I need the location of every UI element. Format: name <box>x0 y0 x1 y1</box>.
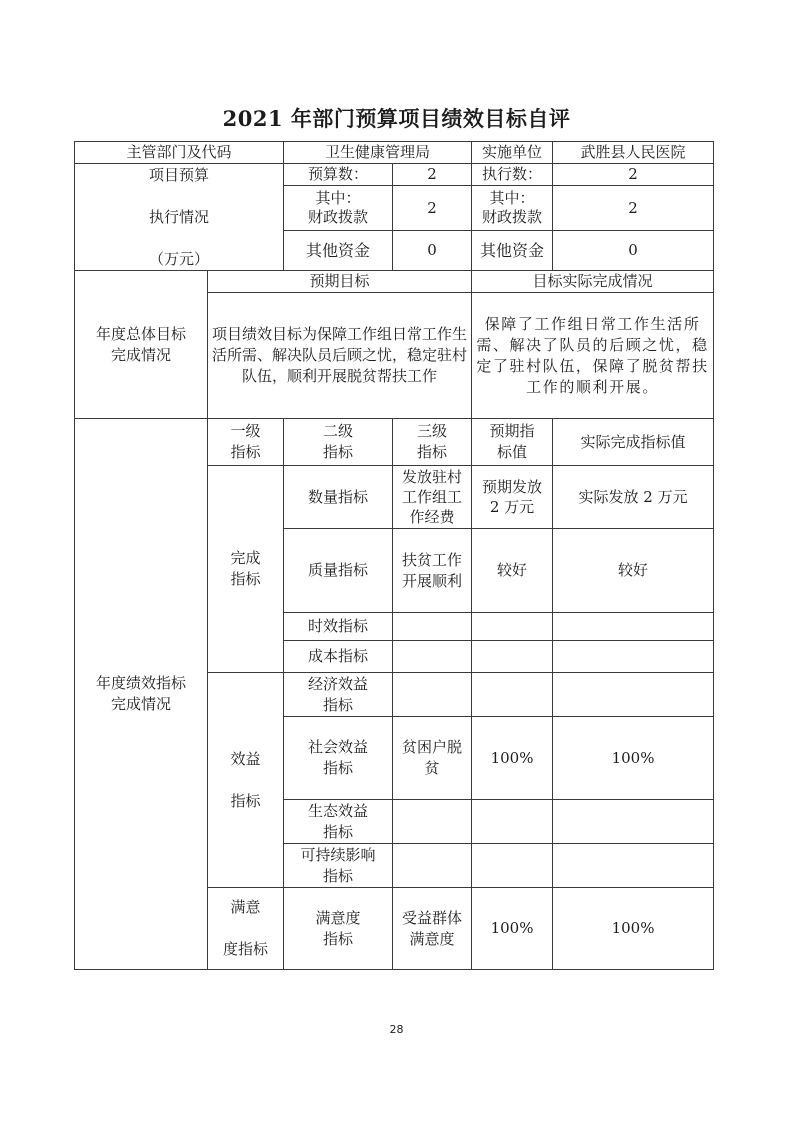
level2-cell: 满意度 指标 <box>284 888 393 970</box>
budget-plan-label: 预算数： <box>284 164 393 186</box>
actual-value-cell <box>553 800 714 844</box>
level2-cell: 经济效益 指标 <box>284 673 393 717</box>
actual-value-cell <box>553 613 714 641</box>
overall-goal-section-label: 年度总体目标 完成情况 <box>75 271 208 419</box>
actual-value-cell: 100% <box>553 717 714 800</box>
budget-actual-label: 执行数： <box>472 164 553 186</box>
other-plan-label: 其他资金 <box>284 231 393 271</box>
expected-value-cell <box>472 844 553 888</box>
expected-value-cell: 较好 <box>472 529 553 613</box>
level3-cell: 扶贫工作 开展顺利 <box>393 529 472 613</box>
expected-value-cell <box>472 641 553 673</box>
level3-cell <box>393 641 472 673</box>
page-number: 28 <box>0 1023 793 1036</box>
expected-value-cell <box>472 673 553 717</box>
header-actual-value: 实际完成指标值 <box>553 419 714 466</box>
indicator-header-row: 年度绩效指标 完成情况 一级 指标 二级 指标 三级 指标 预期指 标值 实际完… <box>75 419 714 466</box>
budget-row: 项目预算 执行情况 （万元） 预算数： 2 执行数： 2 <box>75 164 714 186</box>
indicator-section-label: 年度绩效指标 完成情况 <box>75 419 208 970</box>
other-plan-value: 0 <box>393 231 472 271</box>
level1-benefit-indicator: 效益 指标 <box>208 673 284 888</box>
level3-cell <box>393 800 472 844</box>
fiscal-actual-label: 其中： 财政拨款 <box>472 186 553 231</box>
dept-value: 卫生健康管理局 <box>284 142 472 164</box>
header-level1: 一级 指标 <box>208 419 284 466</box>
level1-satisfaction-indicator: 满意 度指标 <box>208 888 284 970</box>
expected-value-cell <box>472 613 553 641</box>
budget-section-label: 项目预算 执行情况 （万元） <box>75 164 284 271</box>
expected-value-cell: 预期发放 2 万元 <box>472 466 553 529</box>
actual-value-cell: 100% <box>553 888 714 970</box>
performance-self-evaluation-table: 主管部门及代码 卫生健康管理局 实施单位 武胜县人民医院 项目预算 执行情况 （… <box>74 141 714 970</box>
unit-value: 武胜县人民医院 <box>553 142 714 164</box>
actual-goal-header: 目标实际完成情况 <box>472 271 714 293</box>
other-actual-value: 0 <box>553 231 714 271</box>
header-level3: 三级 指标 <box>393 419 472 466</box>
expected-value-cell <box>472 800 553 844</box>
header-expected-value: 预期指 标值 <box>472 419 553 466</box>
fiscal-plan-label: 其中： 财政拨款 <box>284 186 393 231</box>
expected-goal-text: 项目绩效目标为保障工作组日常工作生活所需、解决队员后顾之忧，稳定驻村队伍，顺利开… <box>208 293 472 419</box>
budget-plan-value: 2 <box>393 164 472 186</box>
actual-value-cell: 实际发放 2 万元 <box>553 466 714 529</box>
level3-cell: 贫困户脱 贫 <box>393 717 472 800</box>
level1-output-indicator: 完成 指标 <box>208 466 284 673</box>
unit-label: 实施单位 <box>472 142 553 164</box>
expected-goal-header: 预期目标 <box>208 271 472 293</box>
level2-cell: 时效指标 <box>284 613 393 641</box>
overall-goal-header-row: 年度总体目标 完成情况 预期目标 目标实际完成情况 <box>75 271 714 293</box>
fiscal-actual-value: 2 <box>553 186 714 231</box>
level2-cell: 可持续影响 指标 <box>284 844 393 888</box>
level3-cell: 发放驻村 工作组工 作经费 <box>393 466 472 529</box>
expected-value-cell: 100% <box>472 717 553 800</box>
level3-cell <box>393 844 472 888</box>
document-page: 2021 年部门预算项目绩效目标自评 主管部门及代码 卫生健康管理局 实施单位 … <box>0 0 793 1122</box>
document-title: 2021 年部门预算项目绩效目标自评 <box>0 103 793 133</box>
actual-value-cell <box>553 844 714 888</box>
level3-cell <box>393 613 472 641</box>
level3-cell <box>393 673 472 717</box>
actual-value-cell: 较好 <box>553 529 714 613</box>
actual-goal-text: 保障了工作组日常工作生活所需、解决了队员的后顾之忧，稳定了驻村队伍，保障了脱贫帮… <box>472 293 714 419</box>
actual-value-cell <box>553 641 714 673</box>
level2-cell: 社会效益 指标 <box>284 717 393 800</box>
dept-label: 主管部门及代码 <box>75 142 284 164</box>
other-actual-label: 其他资金 <box>472 231 553 271</box>
budget-actual-value: 2 <box>553 164 714 186</box>
level2-cell: 成本指标 <box>284 641 393 673</box>
header-level2: 二级 指标 <box>284 419 393 466</box>
level2-cell: 数量指标 <box>284 466 393 529</box>
actual-value-cell <box>553 673 714 717</box>
fiscal-plan-value: 2 <box>393 186 472 231</box>
basic-info-row: 主管部门及代码 卫生健康管理局 实施单位 武胜县人民医院 <box>75 142 714 164</box>
level3-cell: 受益群体 满意度 <box>393 888 472 970</box>
level2-cell: 生态效益 指标 <box>284 800 393 844</box>
expected-value-cell: 100% <box>472 888 553 970</box>
level2-cell: 质量指标 <box>284 529 393 613</box>
